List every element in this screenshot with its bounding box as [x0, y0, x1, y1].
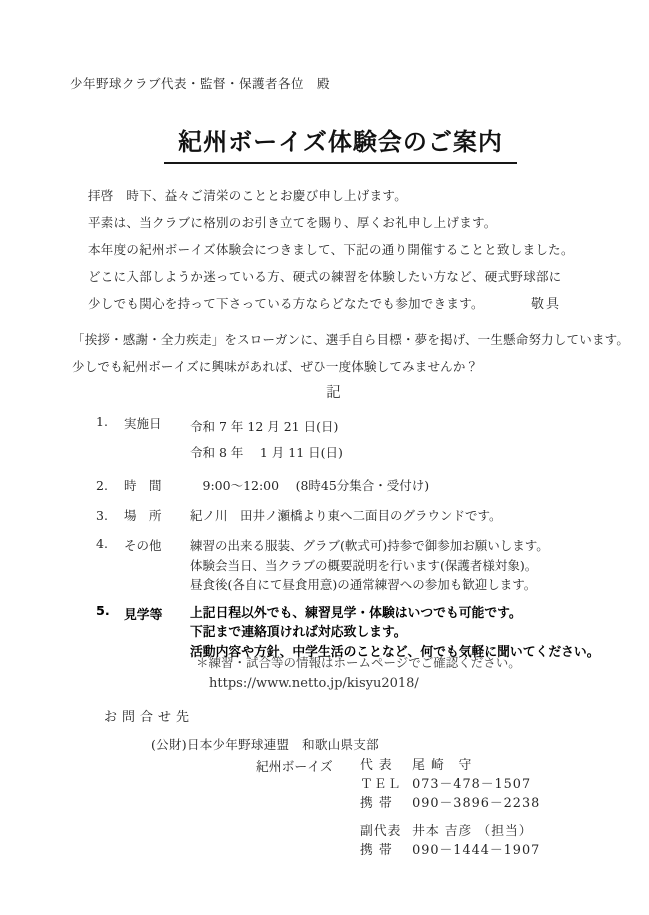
contact-label: ＴＥＬ	[360, 775, 408, 794]
contact-label: 携 帯	[360, 794, 408, 813]
slogan-paragraph: 「挨拶・感謝・全力疾走」をスローガンに、選手自ら目標・夢を掲げ、一生懸命努力して…	[72, 326, 629, 380]
other-line-2: 体験会当日、当クラブの概要説明を行います(保護者様対象)。	[190, 556, 600, 576]
item-content: 令和 7 年 12 月 21 日(日) 令和 8 年 1 月 11 日(日)	[190, 414, 600, 466]
place-line: 紀ノ川 田井ノ瀬橋より東へ二面目のグラウンドです。	[190, 503, 600, 529]
item-number: 4.	[96, 536, 124, 551]
date-line-1: 令和 7 年 12 月 21 日(日)	[190, 414, 600, 440]
contact-label: 携 帯	[360, 841, 408, 860]
visit-line-2: 下記まで連絡頂ければ対応致します。	[190, 623, 600, 643]
other-line-3: 昼食後(各自にて昼食用意)の通常練習への参加も歓迎します。	[190, 575, 600, 595]
item-label: 実施日	[124, 414, 190, 432]
contact-row-tel: ＴＥＬ 073－478－1507	[360, 775, 540, 794]
greeting-paragraph: 拝啓 時下、益々ご清栄のこととお慶び申し上げます。 平素は、当クラブに格別のお引…	[88, 182, 574, 317]
greeting-line-1: 拝啓 時下、益々ご清栄のこととお慶び申し上げます。	[88, 182, 574, 209]
item-content: 9:00～12:00 (8時45分集合・受付け)	[190, 473, 600, 499]
contact-rows: 代 表 尾 崎 守 ＴＥＬ 073－478－1507 携 帯 090－3896－…	[360, 756, 540, 860]
contact-row-mobile-1: 携 帯 090－3896－2238	[360, 794, 540, 813]
contact-value: 073－478－1507	[412, 777, 531, 792]
document-page: 少年野球クラブ代表・監督・保護者各位 殿 紀州ボーイズ体験会のご案内 拝啓 時下…	[0, 0, 649, 915]
greeting-line-4: どこに入部しようか迷っている方、硬式の練習を体験したい方など、硬式野球部に	[88, 263, 574, 290]
contact-row-fukudaihyo: 副代表 井本 吉彦 （担当）	[360, 822, 540, 841]
contact-value: 尾 崎 守	[412, 758, 472, 773]
contact-row-daihyo: 代 表 尾 崎 守	[360, 756, 540, 775]
contact-label: 代 表	[360, 756, 408, 775]
record-marker: 記	[0, 381, 649, 402]
contact-label: 副代表	[360, 822, 408, 841]
contact-organization: (公財)日本少年野球連盟 和歌山県支部	[151, 735, 379, 753]
contact-heading: お問合せ先	[104, 706, 194, 725]
date-line-2: 令和 8 年 1 月 11 日(日)	[190, 440, 600, 466]
contact-value: 090－3896－2238	[412, 796, 540, 811]
list-item-place: 3. 場 所 紀ノ川 田井ノ瀬橋より東へ二面目のグラウンドです。	[96, 503, 600, 529]
item-number: 1.	[96, 414, 124, 429]
page-title: 紀州ボーイズ体験会のご案内	[164, 122, 517, 164]
greeting-line-2: 平素は、当クラブに格別のお引き立てを賜り、厚くお礼申し上げます。	[88, 209, 574, 236]
contact-row-mobile-2: 携 帯 090－1444－1907	[360, 841, 540, 860]
greeting-line-5: 少しでも関心を持って下さっている方ならどなたでも参加できます。	[88, 290, 574, 317]
item-number: 3.	[96, 503, 124, 529]
item-content: 紀ノ川 田井ノ瀬橋より東へ二面目のグラウンドです。	[190, 503, 600, 529]
title-wrap: 紀州ボーイズ体験会のご案内	[0, 122, 649, 164]
contact-block: 紀州ボーイズ 代 表 尾 崎 守 ＴＥＬ 073－478－1507 携 帯 09…	[256, 756, 540, 860]
list-item-other: 4. その他 練習の出来る服装、グラブ(軟式可)持参で御参加お願いします。 体験…	[96, 536, 600, 595]
list-item-time: 2. 時 間 9:00～12:00 (8時45分集合・受付け)	[96, 473, 600, 499]
item-number: 5.	[96, 604, 124, 619]
team-name: 紀州ボーイズ	[256, 756, 360, 860]
recipient-line: 少年野球クラブ代表・監督・保護者各位 殿	[70, 74, 330, 92]
list-item-date: 1. 実施日 令和 7 年 12 月 21 日(日) 令和 8 年 1 月 11…	[96, 414, 600, 466]
homepage-url: https://www.netto.jp/kisyu2018/	[196, 673, 521, 694]
homepage-note: ＊練習・試合等の情報はホームページでご確認ください。 https://www.n…	[196, 652, 521, 694]
time-line: 9:00～12:00 (8時45分集合・受付け)	[190, 473, 600, 499]
item-number: 2.	[96, 473, 124, 499]
contact-value: 090－1444－1907	[412, 843, 540, 858]
item-label: 見学等	[124, 604, 190, 623]
slogan-line-1: 「挨拶・感謝・全力疾走」をスローガンに、選手自ら目標・夢を掲げ、一生懸命努力して…	[72, 326, 629, 353]
item-label: その他	[124, 536, 190, 554]
item-label: 場 所	[124, 503, 190, 529]
visit-line-1: 上記日程以外でも、練習見学・体験はいつでも可能です。	[190, 604, 600, 624]
item-label: 時 間	[124, 473, 190, 499]
other-line-1: 練習の出来る服装、グラブ(軟式可)持参で御参加お願いします。	[190, 536, 600, 556]
numbered-list: 1. 実施日 令和 7 年 12 月 21 日(日) 令和 8 年 1 月 11…	[96, 414, 600, 662]
closing-word: 敬具	[531, 293, 561, 312]
item-content: 練習の出来る服装、グラブ(軟式可)持参で御参加お願いします。 体験会当日、当クラ…	[190, 536, 600, 595]
contact-value: 井本 吉彦 （担当）	[412, 824, 533, 839]
homepage-note-text: ＊練習・試合等の情報はホームページでご確認ください。	[196, 652, 521, 673]
greeting-line-3: 本年度の紀州ボーイズ体験会につきまして、下記の通り開催することと致しました。	[88, 236, 574, 263]
slogan-line-2: 少しでも紀州ボーイズに興味があれば、ぜひ一度体験してみませんか？	[72, 353, 629, 380]
